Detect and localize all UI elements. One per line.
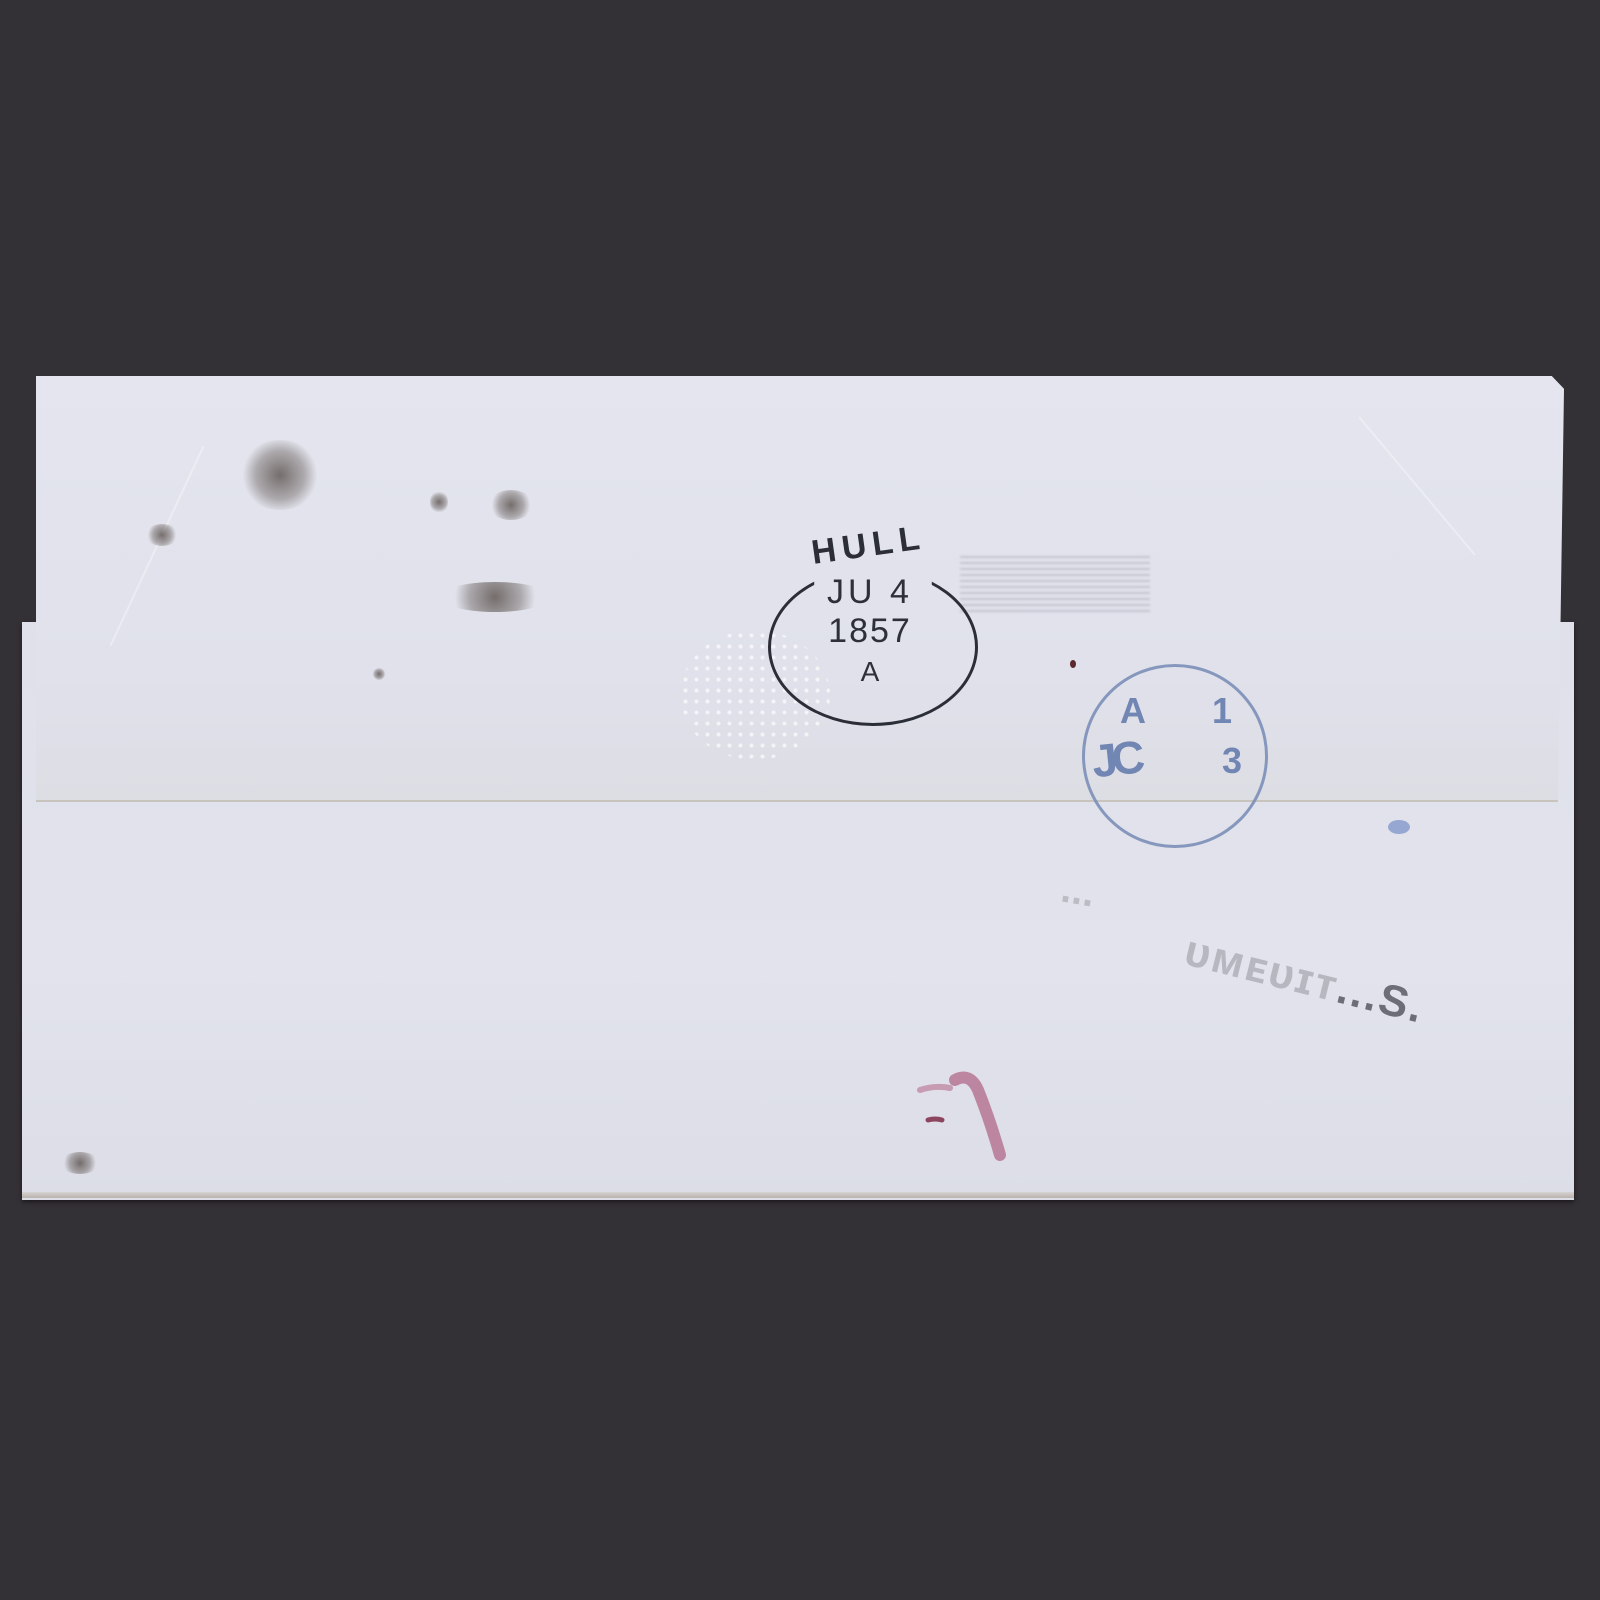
arrival-datestamp-number: 1 [1212, 690, 1232, 732]
hull-datestamp-date: JU 4 [800, 573, 940, 612]
envelope-bottom-edge [22, 1192, 1574, 1198]
ink-stain [60, 1152, 100, 1174]
crayon-mark [900, 1060, 1030, 1170]
blue-ink-speck [1388, 820, 1410, 834]
arrival-datestamp-letter: A [1120, 690, 1146, 732]
paper-crease [1358, 416, 1475, 555]
arrival-datestamp-month: JC [1089, 730, 1141, 789]
ink-stain [440, 582, 550, 612]
ink-stain [488, 490, 534, 520]
arrival-datestamp-day: 3 [1222, 740, 1242, 782]
hull-datestamp-code: A [800, 656, 940, 688]
ink-stain [145, 524, 179, 546]
ink-stain [430, 490, 448, 514]
paper-crease [110, 446, 205, 646]
hull-datestamp-year: 1857 [800, 612, 940, 651]
ink-stain [372, 668, 386, 680]
ink-smear [960, 556, 1150, 616]
ink-dot [1070, 660, 1076, 668]
ink-stain [240, 440, 320, 510]
